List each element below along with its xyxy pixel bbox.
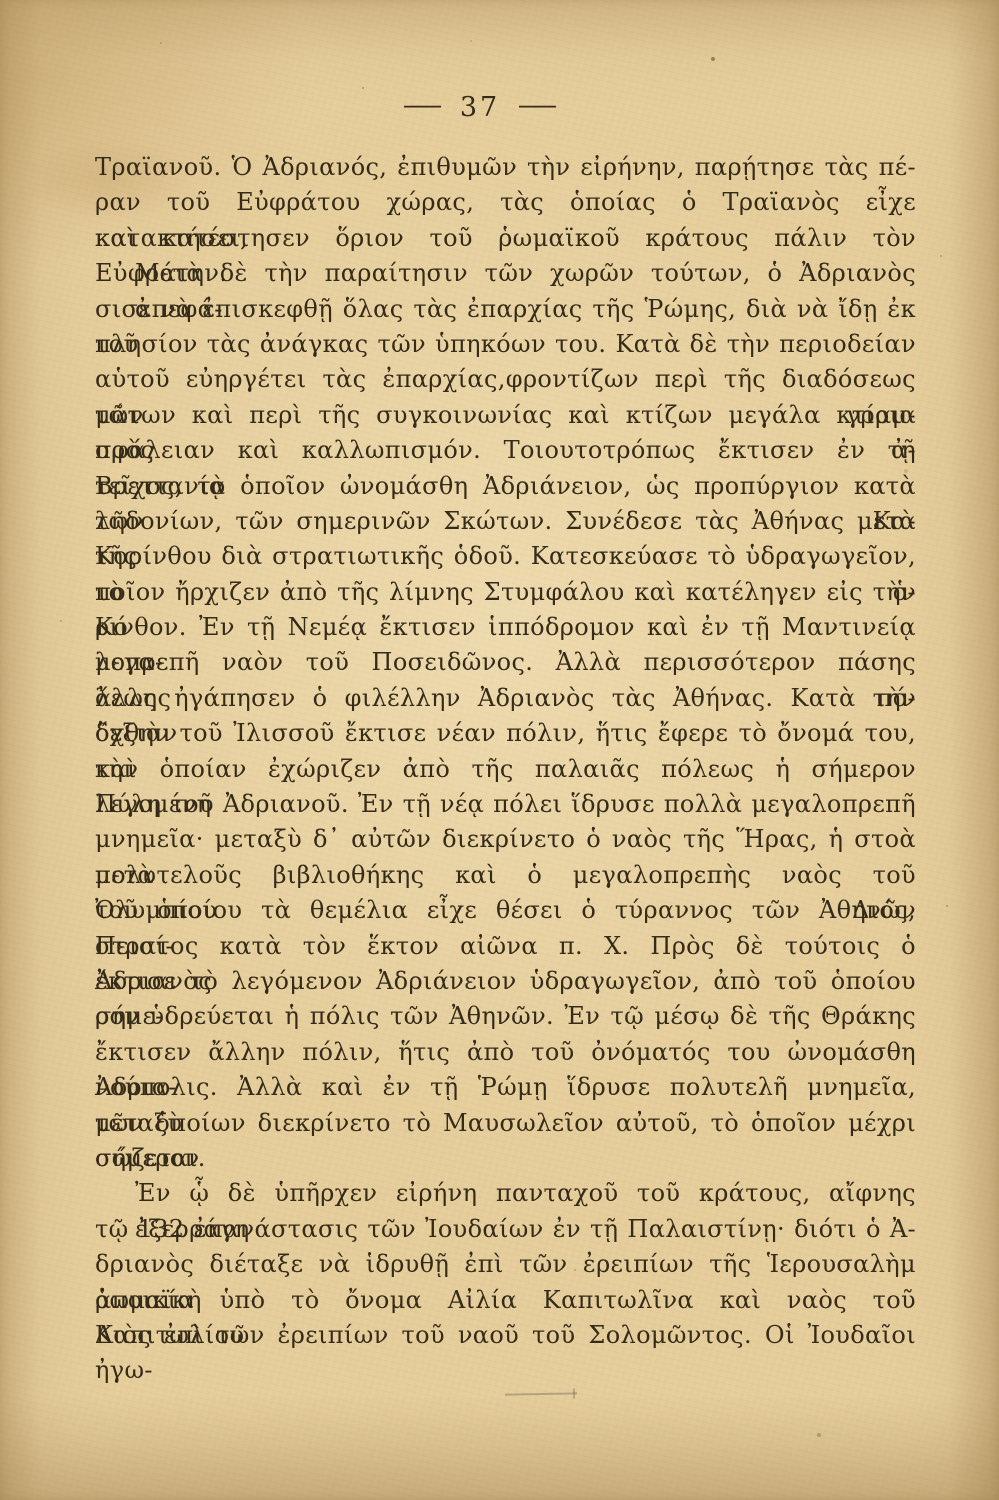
text-line: ὄχθην τοῦ Ἰλισσοῦ ἔκτισε νέαν πόλιν, ἥτι… (95, 716, 916, 751)
text-line: ληδονίων, τῶν σημερινῶν Σκώτων. Συνέδεσε… (95, 504, 916, 539)
text-line: σώζεται. (95, 1141, 916, 1176)
paragraph: Μετὰ δὲ τὴν παραίτησιν τῶν χωρῶν τούτων,… (95, 256, 916, 1176)
text-line: σισε νὰ ἐπισκεφθῇ ὅλας τὰς ἐπαρχίας τῆς … (95, 292, 916, 327)
text-line: σφάλειαν καὶ καλλωπισμόν. Τοιουτοτρόπως … (95, 433, 916, 468)
text-line: στρατος κατὰ τὸν ἕκτον αἰῶνα π. Χ. Πρὸς … (95, 929, 916, 964)
paragraph: Τραϊανοῦ. Ὁ Ἀδριανός, ἐπιθυμῶν τὴν εἰρήν… (95, 150, 916, 256)
text-line: ἔκτισε τὸ λεγόμενον Ἀδριάνειον ὑδραγωγεῖ… (95, 964, 916, 999)
text-line: Πύλη τοῦ Ἀδριανοῦ. Ἐν τῇ νέᾳ πόλει ἵδρυσ… (95, 787, 916, 822)
paper-specks (0, 0, 2, 2)
text-line: ἀποικία ὑπὸ τὸ ὄνομα Αἰλία Καπιτωλῖνα κα… (95, 1283, 916, 1318)
text-line: μνημεῖα· μεταξὺ δ᾽ αὐτῶν διεκρίνετο ὁ να… (95, 822, 916, 857)
text-line: δριανὸς διέταξε νὰ ἱδρυθῇ ἐπὶ τῶν ἐρειπί… (95, 1247, 916, 1282)
text-line: τοῦ ὁποίου τὰ θεμέλια εἶχε θέσει ὁ τύραν… (95, 893, 916, 928)
text-line: ποῖον ἤρχιζεν ἀπὸ τῆς λίμνης Στυμφάλου κ… (95, 575, 916, 610)
text-line: πλησίον τὰς ἀνάγκας τῶν ὑπηκόων του. Κατ… (95, 327, 916, 362)
text-line: λοπρεπῆ ναὸν τοῦ Ποσειδῶνος. Ἀλλὰ περισσ… (95, 645, 916, 680)
text-line: τῷ 132 ἐπανάστασις τῶν Ἰουδαίων ἐν τῇ Πα… (95, 1212, 916, 1247)
paragraph: Ἐν ᾧ δὲ ὑπῆρχεν εἰρήνη πανταχοῦ τοῦ κράτ… (95, 1176, 916, 1353)
text-line: μάτων καὶ περὶ τῆς συγκοινωνίας καὶ κτίζ… (95, 398, 916, 433)
text-line: ρον ὑδρεύεται ἡ πόλις τῶν Ἀθηνῶν. Ἐν τῷ … (95, 999, 916, 1034)
text-line: Ἐν ᾧ δὲ ὑπῆρχεν εἰρήνη πανταχοῦ τοῦ κράτ… (95, 1176, 916, 1211)
text-line: ρινθον. Ἐν τῇ Νεμέᾳ ἔκτισεν ἱππόδρομον κ… (95, 610, 916, 645)
text-line: τὴν ὁποίαν ἐχώριζεν ἀπὸ τῆς παλαιᾶς πόλε… (95, 752, 916, 787)
text-line: ραν τοῦ Εὐφράτου χώρας, τὰς ὁποίας ὁ Τρα… (95, 185, 916, 220)
text-line: Μετὰ δὲ τὴν παραίτησιν τῶν χωρῶν τούτων,… (95, 256, 916, 291)
text-line: τῶν ὁποίων διεκρίνετο τὸ Μαυσωλεῖον αὐτο… (95, 1106, 916, 1141)
page-header: —37— (0, 92, 960, 123)
text-line: νούπολις. Ἀλλὰ καὶ ἐν τῇ Ῥώμῃ ἵδρυσε πολ… (95, 1070, 916, 1105)
text-line: καὶ κατέστησεν ὅριον τοῦ ῥωμαϊκοῦ κράτου… (95, 221, 916, 256)
text-line: Τραϊανοῦ. Ὁ Ἀδριανός, ἐπιθυμῶν τὴν εἰρήν… (95, 150, 916, 185)
header-left-dash: — (402, 90, 443, 121)
text-line: πολυτελοῦς βιβλιοθήκης καὶ ὁ μεγαλοπρεπὴ… (95, 858, 916, 893)
page-number: 37 (460, 92, 500, 123)
scanned-book-page: { "page": { "header": { "left_dash": "—"… (0, 0, 999, 1500)
text-line: αὑτοῦ εὐηργέτει τὰς ἐπαρχίας,φροντίζων π… (95, 362, 916, 397)
header-right-dash: — (517, 90, 558, 121)
text-line: τεῖχος, τὸ ὁποῖον ὠνομάσθη Ἀδριάνειον, ὡ… (95, 469, 916, 504)
text-block: Τραϊανοῦ. Ὁ Ἀδριανός, ἐπιθυμῶν τὴν εἰρήν… (95, 150, 916, 1353)
text-line: λεως ἠγάπησεν ὁ φιλέλλην Ἀδριανὸς τὰς Ἀθ… (95, 681, 916, 716)
text-line: Κορίνθου διὰ στρατιωτικῆς ὁδοῦ. Κατεσκεύ… (95, 539, 916, 574)
text-line: Διὸς ἐπὶ τῶν ἐρειπίων τοῦ ναοῦ τοῦ Σολομ… (95, 1318, 916, 1353)
text-line: ἔκτισεν ἄλλην πόλιν, ἥτις ἀπὸ τοῦ ὀνόματ… (95, 1035, 916, 1070)
